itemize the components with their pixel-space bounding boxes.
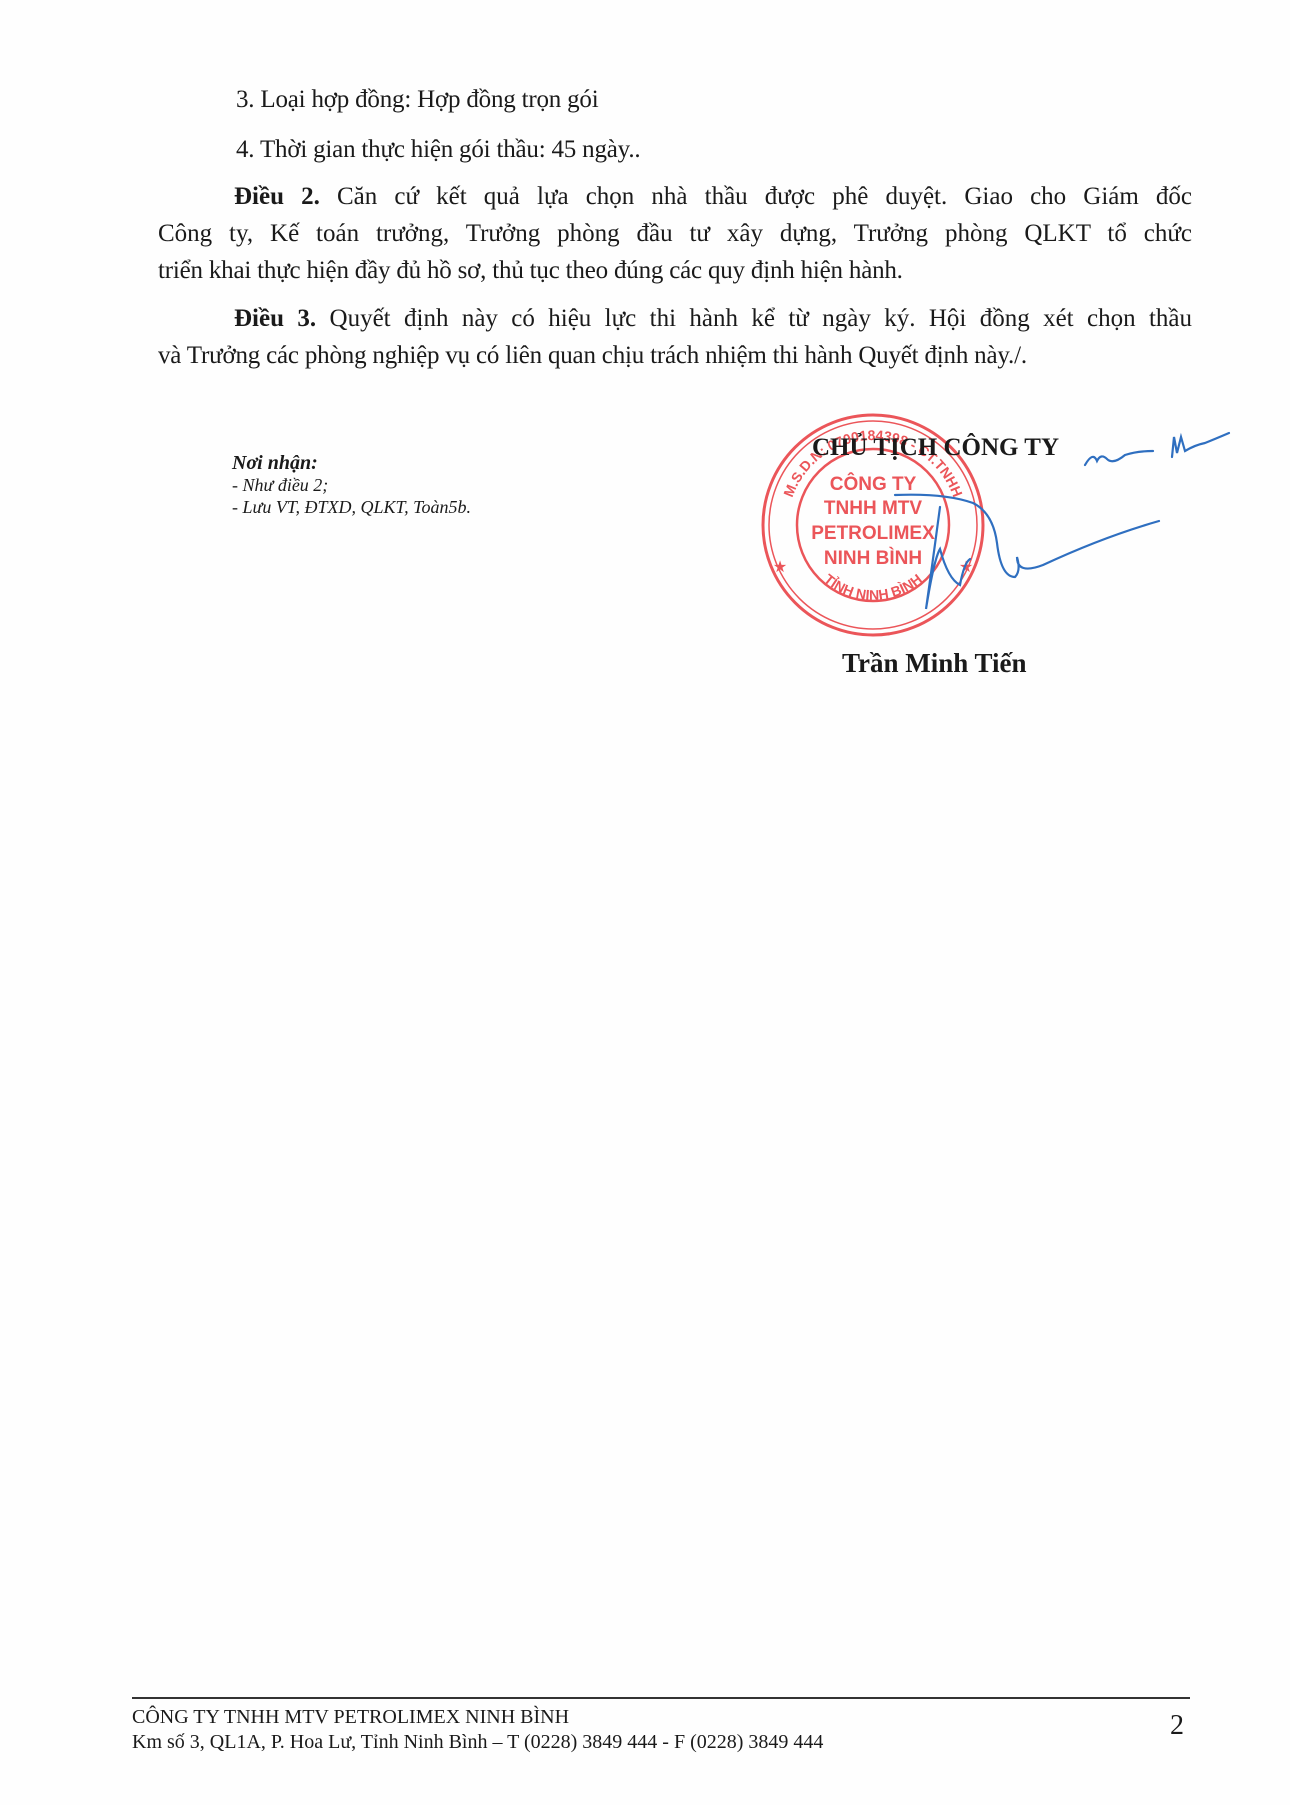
- page-number: 2: [1170, 1710, 1184, 1742]
- footer-divider: [132, 1697, 1190, 1699]
- footer-address: Km số 3, QL1A, P. Hoa Lư, Tỉnh Ninh Bình…: [132, 1730, 823, 1755]
- article-2-label: Điều 2.: [234, 183, 320, 210]
- recipient-item: - Lưu VT, ĐTXD, QLKT, Toàn5b.: [232, 496, 471, 518]
- recipients-heading: Nơi nhận:: [232, 452, 471, 474]
- svg-text:★: ★: [773, 559, 787, 576]
- item-duration: 4. Thời gian thực hiện gói thầu: 45 ngày…: [236, 136, 640, 164]
- signer-name: Trần Minh Tiến: [842, 648, 1027, 679]
- article-3-line-1: Điều 3. Quyết định này có hiệu lực thi h…: [234, 305, 1192, 333]
- item-contract-type: 3. Loại hợp đồng: Hợp đồng trọn gói: [236, 86, 598, 114]
- recipient-item: - Như điều 2;: [232, 474, 471, 496]
- footer: CÔNG TY TNHH MTV PETROLIMEX NINH BÌNH Km…: [132, 1705, 823, 1755]
- document-page: 3. Loại hợp đồng: Hợp đồng trọn gói 4. T…: [0, 0, 1290, 1805]
- article-3-label: Điều 3.: [234, 305, 316, 332]
- article-2-line-1: Điều 2. Căn cứ kết quả lựa chọn nhà thầu…: [234, 183, 1192, 211]
- article-2-line-2: Công ty, Kế toán trưởng, Trưởng phòng đầ…: [158, 220, 1192, 248]
- article-3-line-2: và Trưởng các phòng nghiệp vụ có liên qu…: [158, 342, 1027, 370]
- recipients-block: Nơi nhận: - Như điều 2; - Lưu VT, ĐTXD, …: [232, 452, 471, 518]
- footer-company: CÔNG TY TNHH MTV PETROLIMEX NINH BÌNH: [132, 1705, 823, 1730]
- handwritten-signature-icon: [880, 415, 1240, 625]
- article-2-line-3: triển khai thực hiện đầy đủ hồ sơ, thủ t…: [158, 257, 903, 285]
